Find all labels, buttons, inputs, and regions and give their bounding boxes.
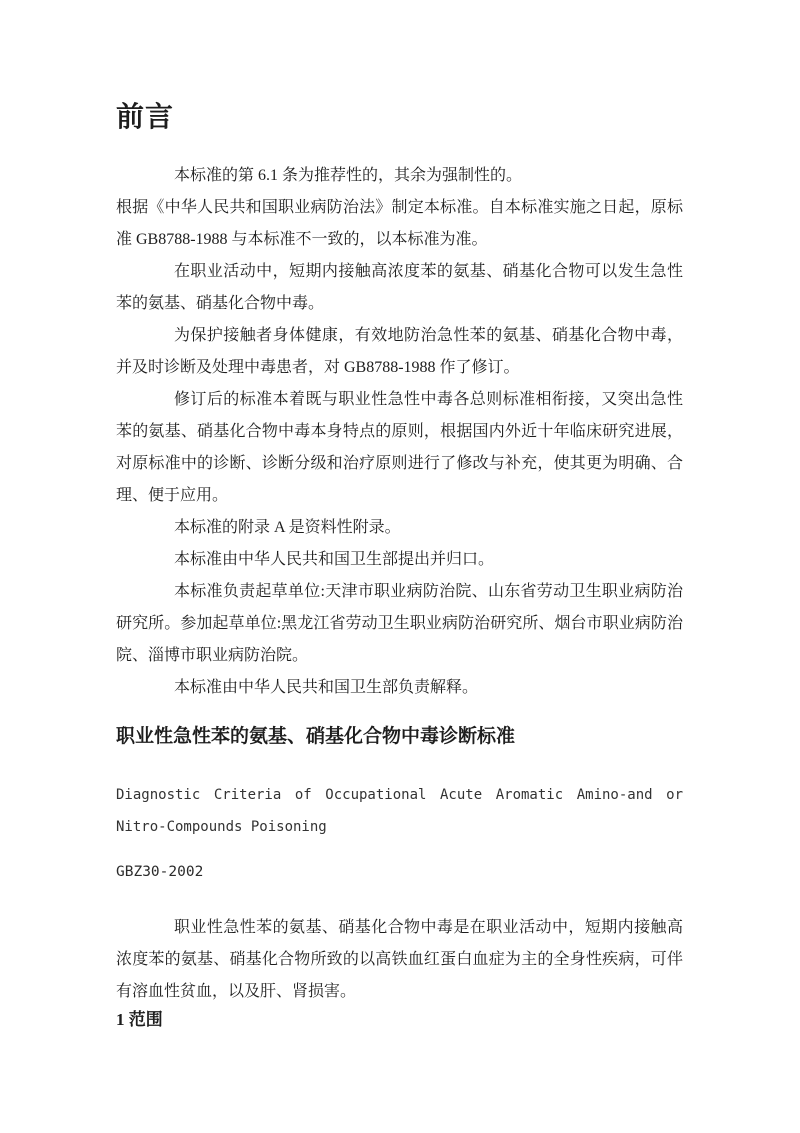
foreword-section: 本标准的第 6.1 条为推荐性的，其余为强制性的。 根据《中华人民共和国职业病防… <box>116 160 683 704</box>
foreword-paragraph-8: 本标准负责起草单位:天津市职业病防治院、山东省劳动卫生职业病防治研究所。参加起草… <box>116 576 683 672</box>
standard-title-chinese: 职业性急性苯的氨基、硝基化合物中毒诊断标准 <box>116 724 683 750</box>
foreword-paragraph-5: 修订后的标准本着既与职业性急性中毒各总则标准相衔接，又突出急性苯的氨基、硝基化合… <box>116 384 683 512</box>
foreword-paragraph-1: 本标准的第 6.1 条为推荐性的，其余为强制性的。 <box>116 160 683 192</box>
foreword-paragraph-9: 本标准由中华人民共和国卫生部负责解释。 <box>116 672 683 704</box>
definition-paragraph: 职业性急性苯的氨基、硝基化合物中毒是在职业活动中，短期内接触高浓度苯的氨基、硝基… <box>116 912 683 1008</box>
document-page: 前言 本标准的第 6.1 条为推荐性的，其余为强制性的。 根据《中华人民共和国职… <box>0 0 800 1133</box>
foreword-paragraph-2: 根据《中华人民共和国职业病防治法》制定本标准。自本标准实施之日起，原标准 GB8… <box>116 192 683 256</box>
foreword-paragraph-4: 为保护接触者身体健康，有效地防治急性苯的氨基、硝基化合物中毒，并及时诊断及处理中… <box>116 320 683 384</box>
section-1-heading: 1 范围 <box>116 1008 683 1032</box>
standard-code: GBZ30-2002 <box>116 856 683 888</box>
foreword-paragraph-7: 本标准由中华人民共和国卫生部提出并归口。 <box>116 544 683 576</box>
foreword-title: 前言 <box>116 100 683 136</box>
foreword-paragraph-6: 本标准的附录 A 是资料性附录。 <box>116 512 683 544</box>
foreword-paragraph-3: 在职业活动中，短期内接触高浓度苯的氨基、硝基化合物可以发生急性苯的氨基、硝基化合… <box>116 256 683 320</box>
standard-title-english: Diagnostic Criteria of Occupational Acut… <box>116 779 683 843</box>
